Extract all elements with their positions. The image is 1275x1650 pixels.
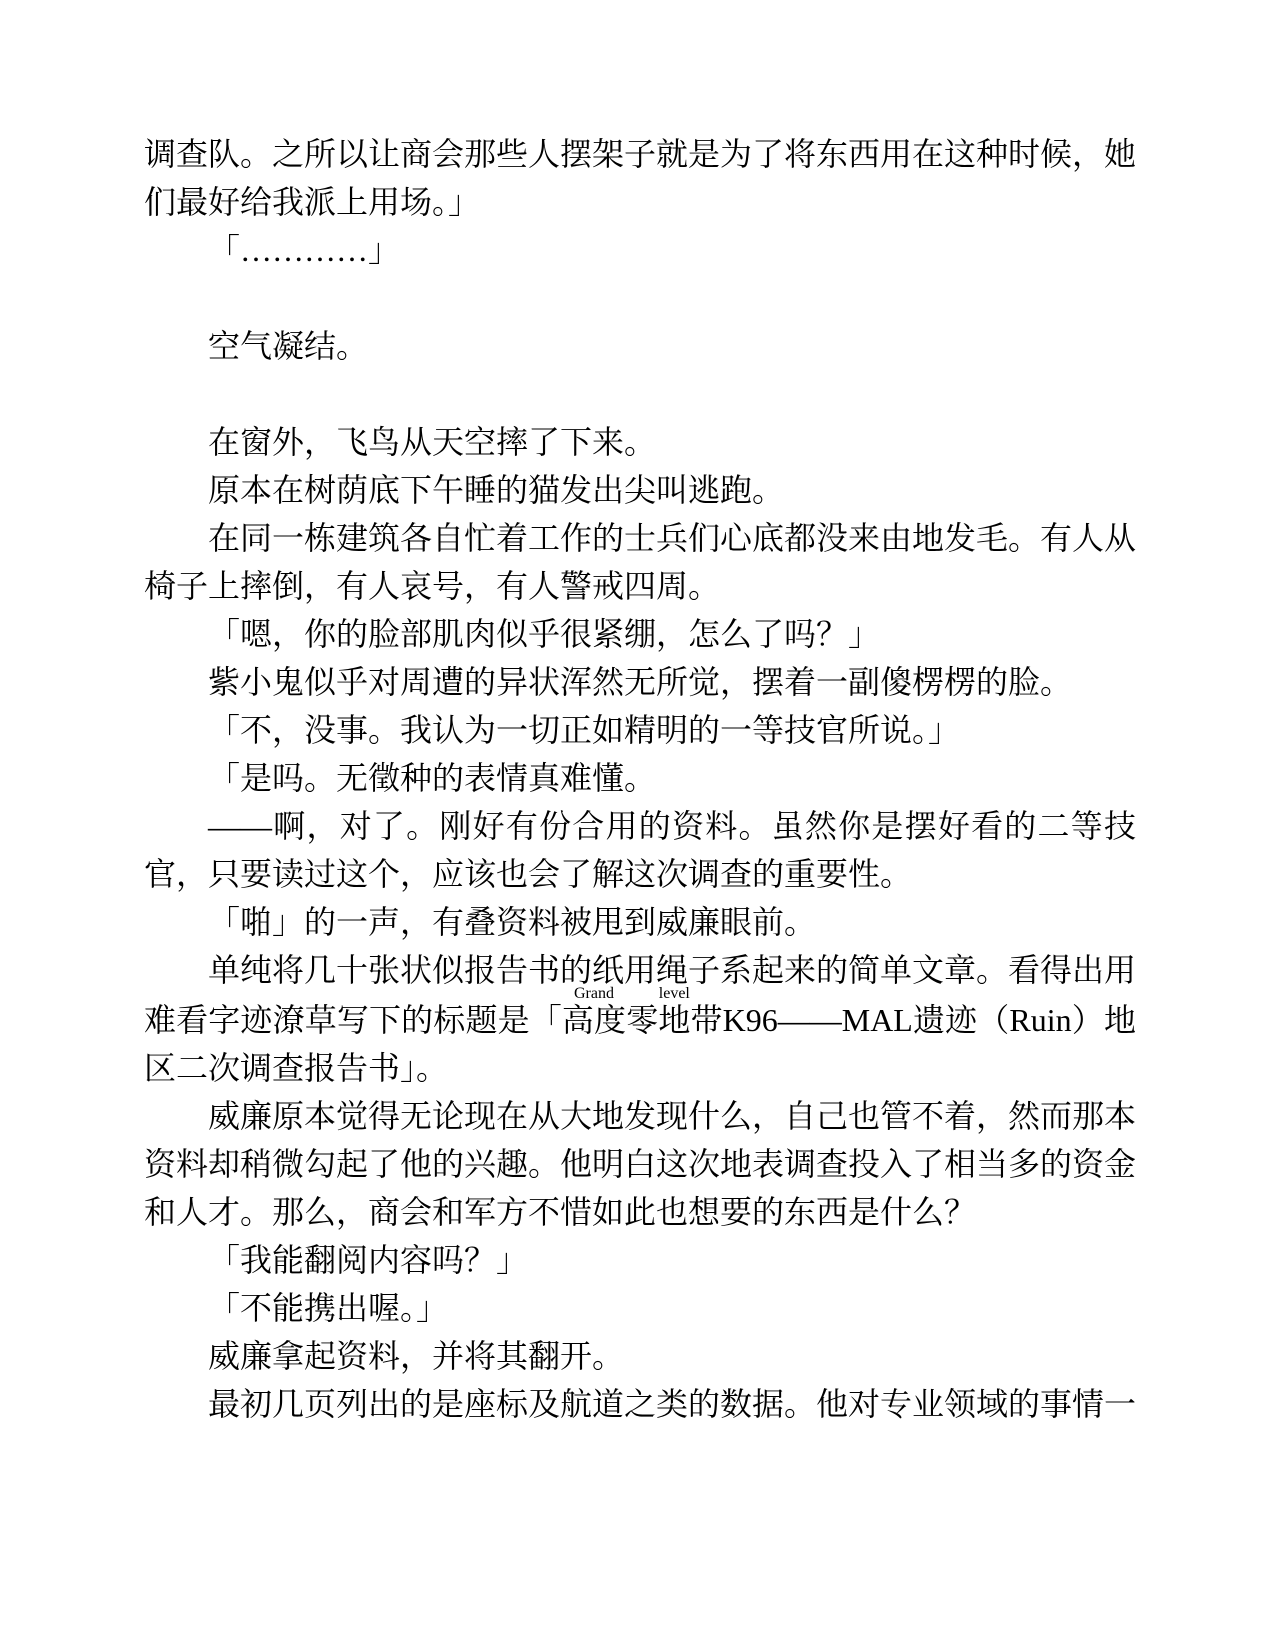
text-run: 威廉拿起资料，并将其翻开。 [208,1338,624,1374]
novel-page: 调查队。之所以让商会那些人摆架子就是为了将东西用在这种时候，她们最好给我派上用场… [0,0,1275,1650]
paragraph: 调查队。之所以让商会那些人摆架子就是为了将东西用在这种时候，她们最好给我派上用场… [144,130,1136,226]
ruby-annotated-text: 零地带level [626,1002,722,1038]
text-run: 「啪」的一声，有叠资料被甩到威廉眼前。 [208,904,816,940]
text-run: 「嗯，你的脸部肌肉似乎很紧绷，怎么了吗？」 [208,616,880,652]
paragraph: 空气凝结。 [144,322,1136,370]
ruby-annotation: Grand [562,985,626,1002]
text-run: 「不能携出喔。」 [208,1290,448,1326]
paragraph: 「不，没事。我认为一切正如精明的一等技官所说。」 [144,706,1136,754]
paragraph: 在同一栋建筑各自忙着工作的士兵们心底都没来由地发毛。有人从椅子上摔倒，有人哀号，… [144,514,1136,610]
paragraph: 「啪」的一声，有叠资料被甩到威廉眼前。 [144,898,1136,946]
paragraph: 单纯将几十张状似报告书的纸用绳子系起来的简单文章。看得出用难看字迹潦草写下的标题… [144,946,1136,1092]
text-run: 紫小鬼似乎对周遭的异状浑然无所觉，摆着一副傻楞楞的脸。 [208,664,1072,700]
text-run: 威廉原本觉得无论现在从大地发现什么，自己也管不着，然而那本资料却稍微勾起了他的兴… [144,1098,1136,1230]
text-run: 在窗外，飞鸟从天空摔了下来。 [208,424,656,460]
paragraph: 在窗外，飞鸟从天空摔了下来。 [144,418,1136,466]
novel-text-block: 调查队。之所以让商会那些人摆架子就是为了将东西用在这种时候，她们最好给我派上用场… [144,130,1136,1428]
text-run: 空气凝结。 [208,328,368,364]
text-run: ——啊，对了。刚好有份合用的资料。虽然你是摆好看的二等技官，只要读过这个，应该也… [144,808,1136,892]
ruby-annotated-text: 高度Grand [562,1002,626,1038]
text-run: 「我能翻阅内容吗？」 [208,1242,528,1278]
paragraph: 「…………」 [144,226,1136,274]
paragraph: ——啊，对了。刚好有份合用的资料。虽然你是摆好看的二等技官，只要读过这个，应该也… [144,802,1136,898]
text-run: 「不，没事。我认为一切正如精明的一等技官所说。」 [208,712,960,748]
text-run: 在同一栋建筑各自忙着工作的士兵们心底都没来由地发毛。有人从椅子上摔倒，有人哀号，… [144,520,1136,604]
ruby-annotation: level [626,985,722,1002]
text-run: 「是吗。无徵种的表情真难懂。 [208,760,656,796]
paragraph: 原本在树荫底下午睡的猫发出尖叫逃跑。 [144,466,1136,514]
text-run: 最初几页列出的是座标及航道之类的数据。他对专业领域的事情一 [208,1386,1136,1422]
text-run: 「…………」 [208,232,400,268]
paragraph: 紫小鬼似乎对周遭的异状浑然无所觉，摆着一副傻楞楞的脸。 [144,658,1136,706]
paragraph: 「不能携出喔。」 [144,1284,1136,1332]
text-run: 原本在树荫底下午睡的猫发出尖叫逃跑。 [208,472,784,508]
paragraph: 威廉拿起资料，并将其翻开。 [144,1332,1136,1380]
paragraph: 「是吗。无徵种的表情真难懂。 [144,754,1136,802]
paragraph: 最初几页列出的是座标及航道之类的数据。他对专业领域的事情一 [144,1380,1136,1428]
paragraph: 「我能翻阅内容吗？」 [144,1236,1136,1284]
text-run: 调查队。之所以让商会那些人摆架子就是为了将东西用在这种时候，她们最好给我派上用场… [144,136,1136,220]
paragraph: 威廉原本觉得无论现在从大地发现什么，自己也管不着，然而那本资料却稍微勾起了他的兴… [144,1092,1136,1236]
paragraph: 「嗯，你的脸部肌肉似乎很紧绷，怎么了吗？」 [144,610,1136,658]
